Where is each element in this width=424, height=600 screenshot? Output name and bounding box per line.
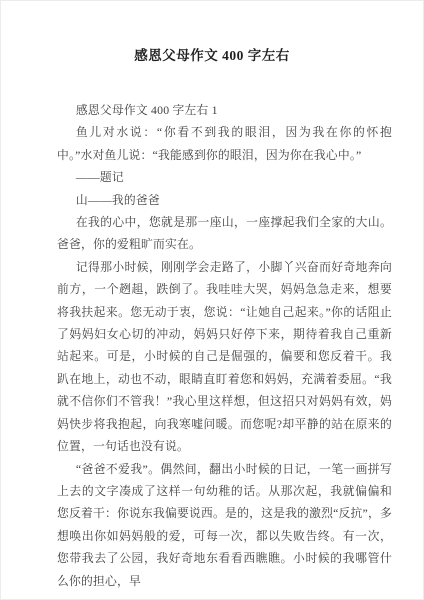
essay-subtitle: 感恩父母作文 400 字左右 1 — [57, 99, 392, 121]
document-page: 感恩父母作文 400 字左右 感恩父母作文 400 字左右 1 鱼儿对水说：“你… — [0, 0, 424, 600]
page-title: 感恩父母作文 400 字左右 — [21, 47, 403, 65]
essay-paragraph: 山——我的爸爸 — [57, 189, 392, 211]
essay-paragraphs: 鱼儿对水说：“你看不到我的眼泪，因为我在你的怀抱中。”水对鱼儿说：“我能感到你的… — [57, 121, 392, 592]
essay-paragraph: 记得那小时候，刚刚学会走路了，小脚丫兴奋而好奇地奔向前方，一个趔趄，跌倒了。我哇… — [57, 256, 392, 458]
essay-body: 感恩父母作文 400 字左右 1 鱼儿对水说：“你看不到我的眼泪，因为我在你的怀… — [57, 99, 392, 592]
essay-paragraph: 在我的心中，您就是那一座山，一座撑起我们全家的大山。爸爸，你的爱粗旷而实在。 — [57, 211, 392, 256]
essay-paragraph: 鱼儿对水说：“你看不到我的眼泪，因为我在你的怀抱中。”水对鱼儿说：“我能感到你的… — [57, 121, 392, 166]
essay-paragraph: ——题记 — [57, 166, 392, 188]
essay-paragraph: “爸爸不爱我”。偶然间，翻出小时候的日记，一笔一画拼写上去的文字凑成了这样一句幼… — [57, 458, 392, 592]
